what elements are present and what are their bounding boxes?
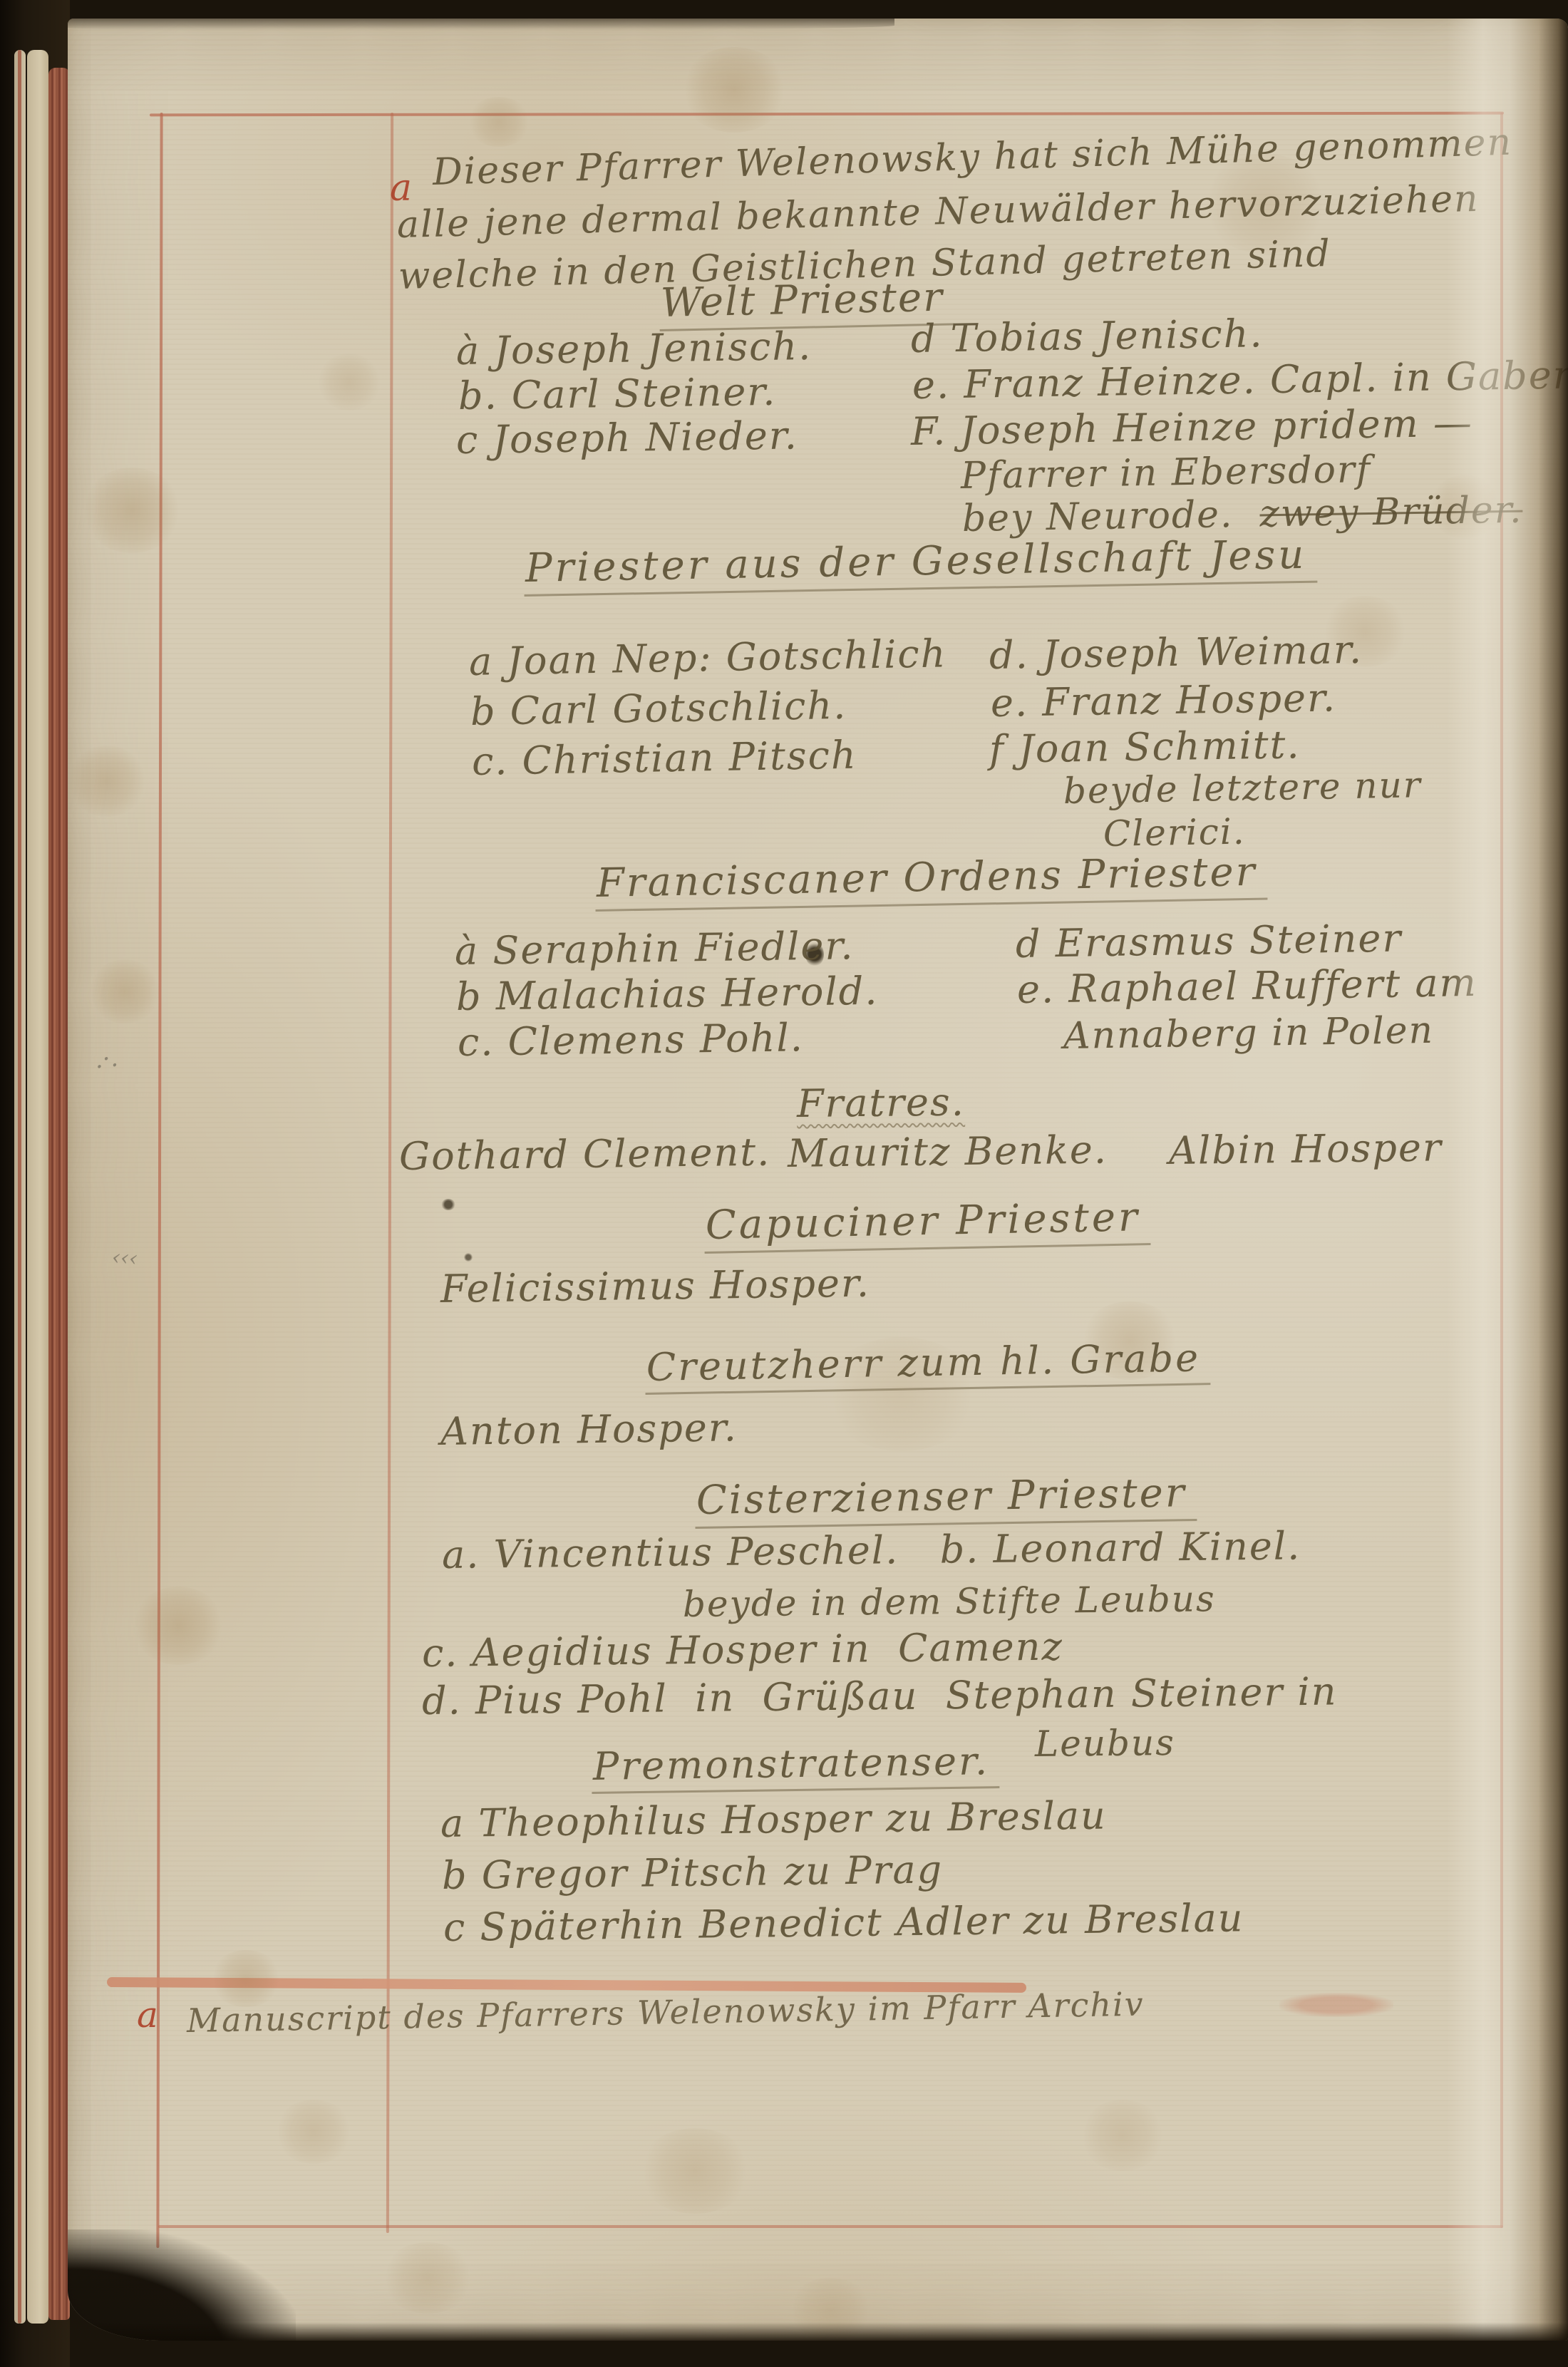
fratres-name: Mauritz Benke. [788,1131,1108,1173]
list-item: à Joseph Jenisch. [456,327,813,371]
list-item: a. Vincentius Peschel. b. Leonard Kinel. [442,1527,1301,1574]
list-note: beyde letztere nur [1063,767,1423,809]
page-corner-dark [68,2229,296,2341]
fratres-name: Gothard Clement. [399,1133,771,1176]
list-note: beyde in dem Stifte Leubus [683,1581,1216,1622]
list-note: Clerici. [1103,814,1246,852]
section-heading: Priester aus der Gesellschaft Jesu [523,535,1317,597]
list-item: c. Aegidius Hosper in Camenz [422,1628,1063,1673]
page-right-edge-curl [1447,19,1568,2341]
list-item: d Erasmus Steiner [1016,919,1403,964]
list-item: b Carl Gotschlich. [470,686,847,731]
list-item: a Joan Nep: Gotschlich [469,634,947,681]
section-heading: Cisterzienser Priester [694,1473,1197,1529]
section-heading: Franciscaner Ordens Priester [594,852,1267,912]
stain [68,746,146,817]
list-item: F. Joseph Heinze pridem — [911,404,1474,451]
list-item: a Theophilus Hosper zu Breslau [440,1797,1107,1843]
frame-line-bottom [158,2225,1503,2228]
list-item: e. Franz Hosper. [991,679,1337,723]
section-heading: Fratres. [797,1083,965,1123]
list-item: c Späterhin Benedict Adler zu Breslau [443,1899,1244,1947]
stain [89,959,160,1023]
page-edge-red-rule [18,50,21,2324]
page-edge-red-band [48,68,70,2320]
list-item: Felicissimus Hosper. [440,1264,871,1309]
stain [210,1950,282,2007]
stain [681,47,788,133]
stain [132,1587,225,1665]
list-item: f Joan Schmitt. [989,726,1301,769]
manuscript-page: .·. ‹‹‹ a Dieser Pfarrer Welenowsky hat … [68,19,1568,2341]
stain [381,2242,474,2314]
ink-blot [441,1199,455,1210]
stain [638,2128,752,2214]
page-top-edge-shadow [68,19,894,30]
section-heading: Premonstratenser. [592,1742,1000,1794]
list-note: Leubus [1035,1725,1175,1762]
frame-line-left [156,113,163,2248]
list-item: c Joseph Nieder. [456,416,799,460]
list-item: à Seraphin Fiedler. [455,927,855,971]
list-item: d. Pius Pohl in Grüßau Stephan Steiner i… [422,1673,1338,1721]
red-smudge [1279,1993,1393,2017]
stain [1080,2100,1165,2171]
list-item: c. Clemens Pohl. [458,1019,805,1062]
list-note: bey Neurode. zwey Brüder. [962,492,1523,537]
list-item: b Gregor Pitsch zu Prag [442,1850,944,1895]
stain [467,97,531,147]
page-edge-stack [27,50,48,2324]
frame-line-top [150,112,1504,117]
margin-line [386,113,393,2233]
section-heading: Capuciner Priester [703,1197,1150,1254]
list-item: Anton Hosper. [440,1408,738,1451]
ink-blot [464,1253,473,1262]
list-note: Pfarrer in Ebersdorf [961,451,1372,495]
list-item: d. Joseph Weimar. [989,631,1363,675]
list-item: c. Christian Pitsch [472,736,857,781]
list-item: e. Raphael Ruffert am [1017,964,1478,1009]
stain [82,468,182,553]
pencil-mark: .·. [93,1043,119,1074]
list-item: d Tobias Jenisch. [911,314,1264,359]
list-item: b. Carl Steiner. [458,373,777,416]
list-item: b Malachias Herold. [456,972,879,1016]
section-heading: Creutzherr zum hl. Grabe [644,1339,1210,1395]
stain [317,354,381,411]
fratres-name: Albin Hosper [1169,1128,1443,1170]
pencil-mark: ‹‹‹ [111,1245,138,1272]
stain [274,2100,353,2164]
list-note: Annaberg in Polen [1063,1012,1435,1055]
footnote-mark: a [137,1994,158,2036]
footnote-text: Manuscript des Pfarrers Welenowsky im Pf… [187,1988,1145,2037]
